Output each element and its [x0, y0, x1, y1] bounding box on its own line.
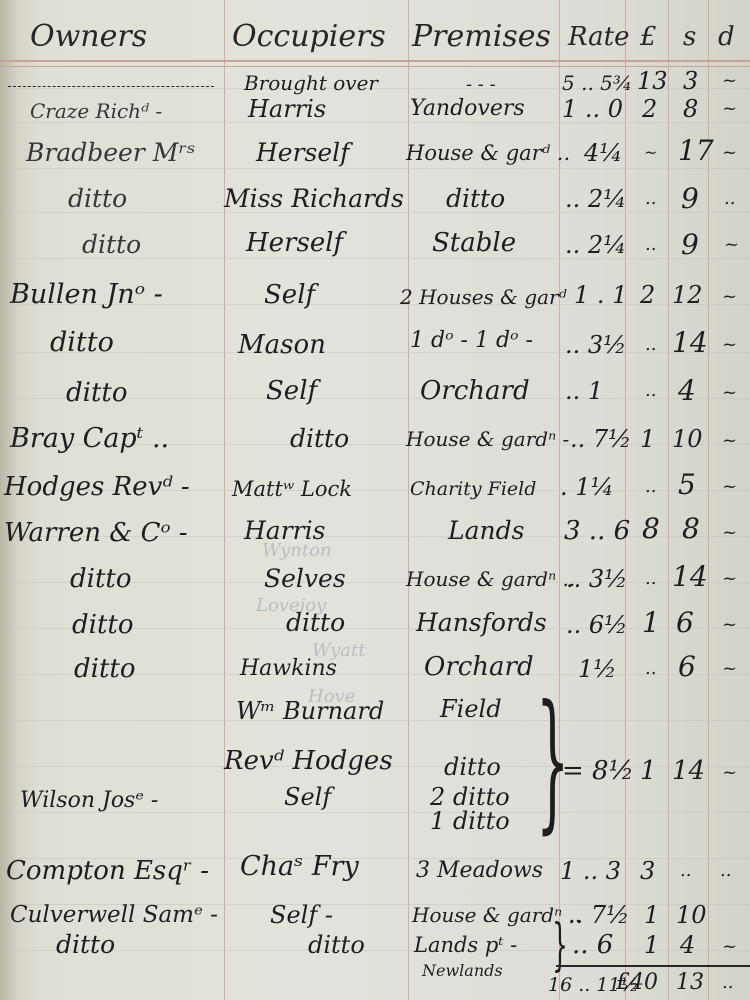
premises-cell: Yandovers	[410, 94, 525, 124]
row-line	[0, 168, 750, 169]
header-premises: Premises	[412, 22, 551, 52]
pence-cell: ~	[724, 230, 739, 260]
pounds-cell: 1	[644, 930, 659, 960]
pence-cell: ~	[722, 330, 737, 360]
pence-cell: ~	[722, 138, 737, 168]
pounds-cell: 1	[644, 900, 659, 930]
total-pounds: £40	[616, 968, 658, 998]
pence-cell: ~	[722, 378, 737, 408]
rate-cell: 1 .. 3	[560, 856, 621, 886]
shillings-cell: 12	[672, 280, 703, 310]
premises-cell: House & garᵈ ..	[406, 138, 570, 168]
rate-cell: .. 6½	[566, 610, 627, 640]
premises-cell: Orchard	[424, 652, 534, 682]
occupier-cell: Hawkins	[240, 654, 337, 684]
header-rate: Rate	[568, 22, 630, 52]
owner-cell: Craze Richᵈ -	[30, 96, 162, 126]
owner-cell: Bradbeer Mʳˢ	[26, 138, 195, 168]
pounds-cell: 3	[640, 856, 655, 886]
owner-cell: Wilson Josᵉ -	[20, 786, 158, 816]
column-rule-pounds-shillings	[668, 0, 669, 1000]
pounds-cell: ..	[645, 184, 656, 214]
occupier-cell: Mattʷ Lock	[232, 474, 352, 504]
occupier-cell: Self	[284, 782, 331, 812]
occupier-cell: Selves	[264, 564, 346, 594]
total-shillings: 13	[676, 968, 704, 998]
header-pence: d	[718, 22, 735, 52]
pounds-cell: ..	[645, 376, 656, 406]
total-underline	[556, 965, 750, 967]
premises-cell: House & gardⁿ ..	[406, 564, 575, 594]
owner-cell: Hodges Revᵈ -	[4, 472, 190, 502]
owner-cell: ditto	[56, 930, 115, 960]
owner-cell: ditto	[66, 378, 128, 408]
shillings-cell: 14	[672, 562, 708, 592]
header-occupiers: Occupiers	[232, 22, 386, 52]
occupier-cell: ditto	[290, 424, 349, 454]
pence-cell: ..	[720, 856, 731, 886]
pounds-cell: ..	[645, 472, 656, 502]
pounds-cell: ~	[644, 138, 657, 168]
owner-cell: ditto	[72, 610, 134, 640]
owner-cell: Bray Capᵗ ..	[10, 424, 169, 454]
occupier-cell: ditto	[308, 930, 365, 960]
brought-over-pounds: 13	[637, 66, 668, 96]
premises-cell: 1 ditto	[430, 806, 510, 836]
pounds-cell: ..	[645, 330, 656, 360]
pence-cell: ~	[722, 654, 737, 684]
rate-cell: .. 3½	[565, 330, 626, 360]
occupier-cell: Chaˢ Fry	[240, 852, 359, 882]
pence-cell: ..	[724, 184, 735, 214]
brought-over-pence: ~	[722, 66, 737, 96]
premises-cell: Charity Field	[410, 474, 536, 504]
rate-cell: 3 .. 6	[564, 516, 630, 546]
rate-cell: 4¼	[584, 138, 623, 168]
rate-cell: 1½	[578, 654, 617, 684]
shillings-cell: 17	[678, 136, 714, 166]
rate-cell: . 1¼	[560, 472, 614, 502]
shillings-cell: 4	[678, 376, 696, 406]
pounds-cell: 1	[642, 608, 660, 638]
shillings-cell: 5	[678, 470, 696, 500]
shillings-cell: 10	[676, 900, 707, 930]
pounds-cell: 1	[640, 424, 655, 454]
premises-cell: House & gardⁿ -	[406, 424, 569, 454]
occupier-cell: Self	[264, 280, 315, 310]
owner-cell: Warren & Cᵒ -	[4, 518, 188, 548]
occupier-cell: Self -	[270, 900, 333, 930]
brought-over-dash-line	[8, 86, 214, 87]
premises-cell: Lands	[448, 516, 524, 546]
owner-cell: Culverwell Samᵉ -	[10, 900, 218, 930]
owner-cell: ditto	[50, 328, 114, 358]
rate-cell: .. 6	[572, 930, 613, 960]
pence-cell: ~	[722, 426, 737, 456]
owner-cell: Compton Esqʳ -	[6, 856, 209, 886]
premises-cell: 3 Meadows	[416, 856, 543, 886]
pence-cell: ~	[722, 758, 737, 788]
occupier-cell: Miss Richards	[224, 184, 404, 214]
pence-cell: ~	[722, 472, 737, 502]
pence-cell: ~	[722, 282, 737, 312]
shillings-cell: 9	[681, 184, 699, 214]
rate-cell: 1 . 1	[574, 280, 627, 310]
premises-cell: Hansfords	[416, 608, 547, 638]
header-shillings: s	[683, 22, 696, 52]
shillings-cell: 4	[680, 930, 695, 960]
pence-cell: ~	[722, 518, 737, 548]
pence-cell: ~	[722, 94, 737, 124]
rate-cell: .. 2¼	[565, 184, 626, 214]
pounds-cell: 8	[642, 514, 660, 544]
premises-cell: 1 dᵒ - 1 dᵒ -	[410, 326, 533, 356]
pence-cell: ~	[722, 610, 737, 640]
occupier-cell: Herself	[256, 138, 349, 168]
column-rule-rate-pounds	[625, 0, 626, 1000]
owner-cell: ditto	[74, 654, 136, 684]
rate-cell: .. 3½	[566, 564, 627, 594]
owner-cell: ditto	[68, 184, 127, 214]
rate-cell: .. 7½	[570, 424, 631, 454]
shillings-cell: 6	[676, 608, 694, 638]
premises-cell: ditto	[446, 184, 505, 214]
premises-cell: Field	[440, 694, 502, 724]
shillings-cell: 10	[672, 424, 703, 454]
premises-cell: Stable	[432, 228, 516, 258]
premises-cell: Orchard	[420, 376, 530, 406]
pence-cell: ~	[722, 564, 737, 594]
rate-cell: .. 1	[565, 376, 603, 406]
occupier-cell: Harris	[248, 94, 326, 124]
occupier-cell: Self	[266, 376, 317, 406]
premises-cell: 2 Houses & garᵈ	[400, 282, 567, 312]
occupier-cell: Herself	[246, 228, 343, 258]
owner-cell: ditto	[82, 230, 141, 260]
shillings-cell: ..	[680, 856, 691, 886]
premises-cell: ditto	[444, 752, 501, 782]
shillings-cell: 14	[672, 328, 708, 358]
shillings-cell: 8	[682, 514, 700, 544]
pounds-cell: ..	[645, 564, 656, 594]
pounds-cell: 1	[640, 756, 657, 786]
owner-cell: ditto	[70, 564, 132, 594]
pounds-cell: 2	[642, 94, 657, 124]
owner-cell: Bullen Jnᵒ -	[10, 280, 163, 310]
shillings-cell: 14	[672, 756, 705, 786]
pounds-cell: 2	[640, 280, 655, 310]
pence-cell: ~	[722, 932, 737, 962]
pounds-cell: ..	[645, 654, 656, 684]
rate-cell: .. 2¼	[565, 230, 626, 260]
occupier-cell: ditto	[286, 608, 345, 638]
pounds-cell: ..	[645, 230, 656, 260]
occupier-cell: Mason	[238, 330, 326, 360]
shillings-cell: 8	[683, 94, 698, 124]
shillings-cell: 9	[681, 230, 699, 260]
header-owners: Owners	[30, 22, 147, 52]
ledger-page: Wynton Lovejoy Wyatt Hove Owners Occupie…	[0, 0, 750, 1000]
brought-over-shillings: 3	[683, 66, 698, 96]
rate-cell: 1 .. 0	[562, 94, 623, 124]
header-pounds: £	[640, 22, 657, 52]
occupier-cell: Wᵐ Burnard	[236, 696, 384, 726]
header-rule-top	[0, 60, 750, 62]
rate-cell: .. 7½	[568, 900, 629, 930]
occupier-cell: Harris	[244, 516, 325, 546]
occupier-cell: Revᵈ Hodges	[224, 746, 393, 776]
shillings-cell: 6	[678, 652, 696, 682]
total-pence: ..	[722, 968, 733, 998]
rate-cell: = 8½	[562, 756, 634, 786]
premises-note: Newlands	[422, 956, 503, 986]
column-rule-owners-occupiers	[224, 0, 225, 1000]
